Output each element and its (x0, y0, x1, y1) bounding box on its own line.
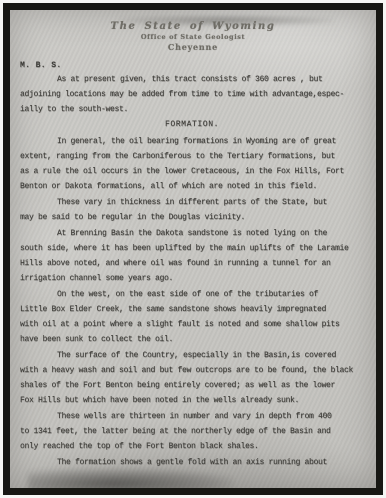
text-line: Little Box Elder Creek, the same sandsto… (20, 302, 364, 317)
scan-frame: The State of Wyoming Office of State Geo… (3, 3, 383, 495)
text-line: The formation shows a gentle fold with a… (20, 455, 364, 470)
text-line: to 1341 feet, the latter being at the no… (20, 424, 364, 439)
text-line: The surface of the Country, especially i… (20, 348, 364, 363)
paragraph: At Brenning Basin the Dakota sandstone i… (20, 226, 364, 286)
text-line: with a heavy wash and soil and but few o… (20, 363, 364, 378)
paragraph: The formation shows a gentle fold with a… (20, 455, 364, 470)
letterhead-organization: The State of Wyoming (10, 21, 376, 33)
text-line: as a rule the oil occurs in the lower Cr… (20, 164, 364, 179)
text-line: with oil at a point where a slight fault… (20, 317, 364, 332)
paragraph: On the west, on the east side of one of … (20, 287, 364, 347)
text-line: As at present given, this tract consists… (20, 72, 364, 87)
text-line: At Brenning Basin the Dakota sandstone i… (20, 226, 364, 241)
text-line: Hills above noted, and where oil was fou… (20, 256, 364, 271)
paragraph: These wells are thirteen in number and v… (20, 409, 364, 454)
paragraph: As at present given, this tract consists… (20, 72, 364, 117)
text-line: Fox Hills but which have been noted in t… (20, 393, 364, 408)
text-line: have been sunk to collect the oil. (20, 332, 364, 347)
section-heading: FORMATION. (20, 117, 364, 133)
text-line: may be said to be regular in the Douglas… (20, 210, 364, 225)
paragraph: These vary in thickness in different par… (20, 195, 364, 225)
paragraph: The surface of the Country, especially i… (20, 348, 364, 408)
text-line: irrigation channel some years ago. (20, 271, 364, 286)
text-line: In general, the oil bearing formations i… (20, 134, 364, 149)
text-line: Benton or Dakota formations, all of whic… (20, 179, 364, 194)
scanned-page: The State of Wyoming Office of State Geo… (10, 10, 376, 488)
text-line: adjoining locations may be added from ti… (20, 87, 364, 102)
text-line: These wells are thirteen in number and v… (20, 409, 364, 424)
text-line: extent, ranging from the Carboniferous t… (20, 149, 364, 164)
text-line: ially to the south-west. (20, 102, 364, 117)
text-line: south side, where it has been uplifted b… (20, 241, 364, 256)
text-line: These vary in thickness in different par… (20, 195, 364, 210)
letterhead-city: Cheyenne (10, 42, 376, 52)
scan-smudge-bottom (28, 468, 233, 488)
letterhead-office: Office of State Geologist (10, 33, 376, 42)
margin-initials: M. B. S. (20, 60, 364, 71)
letterhead: The State of Wyoming Office of State Geo… (10, 10, 376, 52)
text-line: On the west, on the east side of one of … (20, 287, 364, 302)
text-line: shales of the Fort Benton being entirely… (20, 378, 364, 393)
document-body: M. B. S. As at present given, this tract… (20, 60, 364, 470)
paragraph: In general, the oil bearing formations i… (20, 134, 364, 194)
text-line: only reached the top of the Fort Benton … (20, 439, 364, 454)
